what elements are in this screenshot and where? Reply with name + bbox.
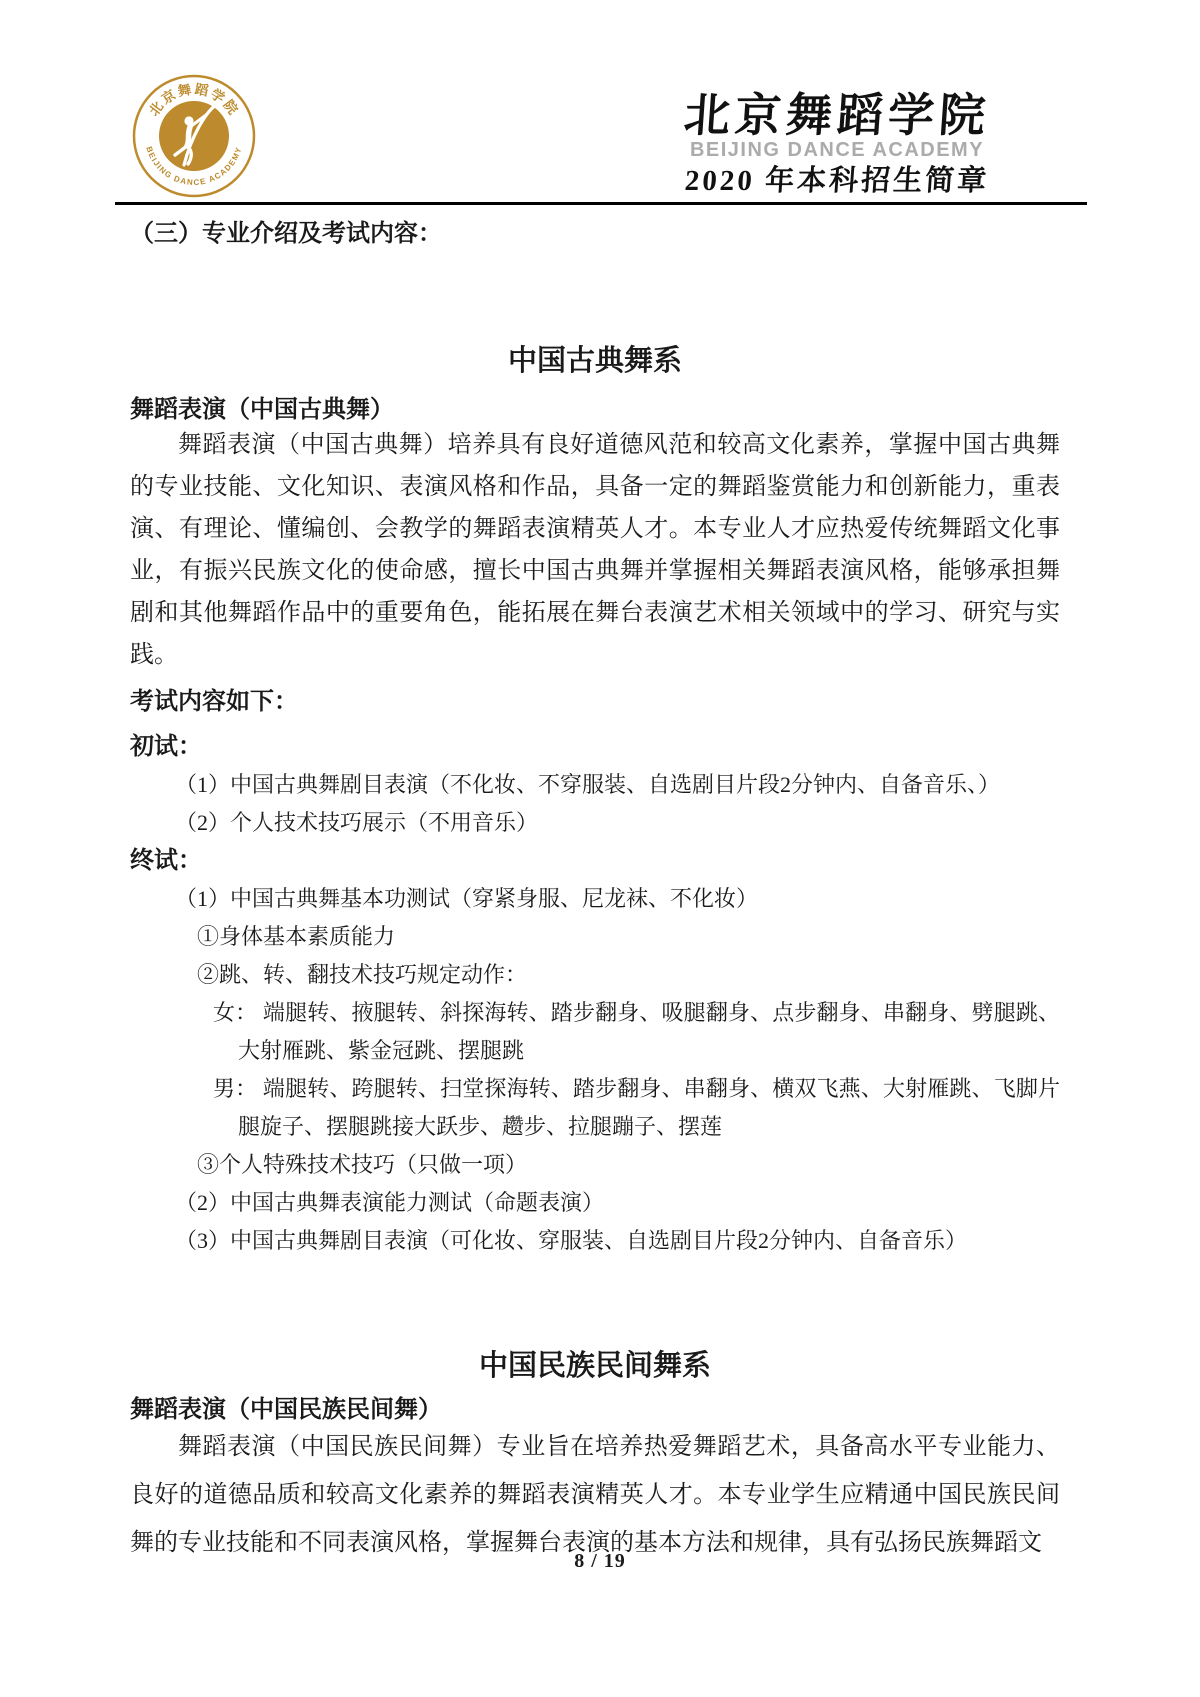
- document-page: 北京舞蹈学院 BEIJING DANCE ACADEMY 北京舞蹈学院 BEIJ…: [0, 0, 1200, 1697]
- exam-subitem: ②跳、转、翻技术技巧规定动作：: [130, 956, 1060, 994]
- page-number: 8 / 19: [0, 1550, 1200, 1573]
- final-round-label: 终试：: [130, 842, 1060, 880]
- exam-content-label: 考试内容如下：: [130, 681, 298, 716]
- exam-subitem: ①身体基本素质能力: [130, 918, 1060, 956]
- academy-name-english: BEIJING DANCE ACADEMY: [684, 139, 990, 161]
- classical-major-title: 舞蹈表演（中国古典舞）: [130, 389, 394, 424]
- brochure-title: 2020 年本科招生简章: [683, 164, 991, 198]
- folk-dept-title: 中国民族民间舞系: [130, 1343, 1060, 1384]
- folk-major-title: 舞蹈表演（中国民族民间舞）: [130, 1389, 442, 1424]
- exam-item: （1）中国古典舞剧目表演（不化妆、不穿服装、自选剧目片段2分钟内、自备音乐、）: [130, 766, 1060, 804]
- exam-item: （3）中国古典舞剧目表演（可化妆、穿服装、自选剧目片段2分钟内、自备音乐）: [130, 1222, 1060, 1260]
- classical-dept-title: 中国古典舞系: [130, 338, 1060, 379]
- section-heading: （三）专业介绍及考试内容：: [130, 213, 442, 248]
- folk-major-intro: 舞蹈表演（中国民族民间舞）专业旨在培养热爱舞蹈艺术，具备高水平专业能力、良好的道…: [130, 1423, 1060, 1567]
- female-required-moves: 女： 端腿转、掖腿转、斜探海转、踏步翻身、吸腿翻身、点步翻身、串翻身、劈腿跳、大…: [130, 994, 1060, 1070]
- academy-brand-block: 北京舞蹈学院 BEIJING DANCE ACADEMY 2020 年本科招生简…: [684, 90, 990, 198]
- male-required-moves: 男： 端腿转、跨腿转、扫堂探海转、踏步翻身、串翻身、横双飞燕、大射雁跳、飞脚片腿…: [130, 1070, 1060, 1146]
- academy-name-calligraphy: 北京舞蹈学院: [682, 90, 992, 142]
- exam-item: （2）个人技术技巧展示（不用音乐）: [130, 804, 1060, 842]
- exam-item: （1）中国古典舞基本功测试（穿紧身服、尼龙袜、不化妆）: [130, 880, 1060, 918]
- exam-subitem: ③个人特殊技术技巧（只做一项）: [130, 1146, 1060, 1184]
- first-round-label: 初试：: [130, 728, 1060, 766]
- header-divider: [115, 202, 1087, 205]
- academy-seal-icon: 北京舞蹈学院 BEIJING DANCE ACADEMY: [132, 74, 256, 198]
- academy-seal-logo: 北京舞蹈学院 BEIJING DANCE ACADEMY: [132, 74, 256, 198]
- classical-major-intro: 舞蹈表演（中国古典舞）培养具有良好道德风范和较高文化素养，掌握中国古典舞的专业技…: [130, 424, 1060, 676]
- exam-item: （2）中国古典舞表演能力测试（命题表演）: [130, 1184, 1060, 1222]
- exam-content-list: 初试： （1）中国古典舞剧目表演（不化妆、不穿服装、自选剧目片段2分钟内、自备音…: [130, 728, 1060, 1260]
